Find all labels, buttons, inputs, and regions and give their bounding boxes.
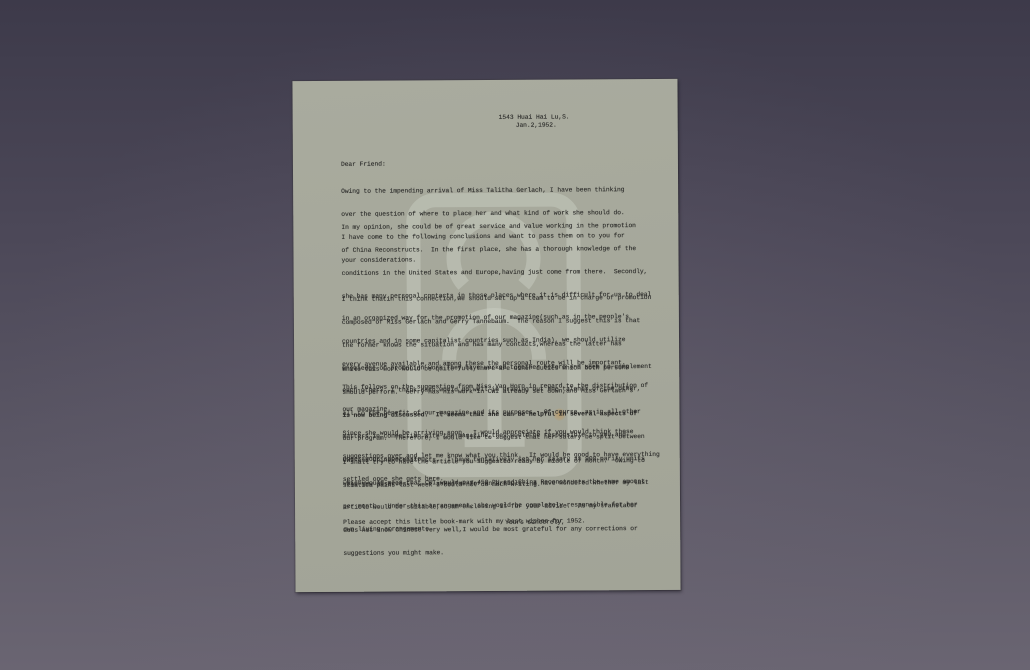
text-line: conditions in the United States and Euro… xyxy=(342,268,672,278)
salutation: Dear Friend: xyxy=(341,161,386,169)
sender-address: 1543 Huai Hai Lu,S. Jan.2,1952. xyxy=(499,113,649,130)
address-line-1: 1543 Huai Hai Lu,S. xyxy=(499,113,570,120)
letter-body: 1543 Huai Hai Lu,S. Jan.2,1952. Dear Fri… xyxy=(340,79,670,81)
text-line: I think thatin this connection,we should… xyxy=(342,294,672,304)
text-line: While this work would be quite full,ther… xyxy=(342,364,672,374)
text-line: The New Observer asked me for an article… xyxy=(343,479,673,489)
text-line: the former knows the situation and has m… xyxy=(342,340,672,350)
letter-sheet: 1543 Huai Hai Lu,S. Jan.2,1952. Dear Fri… xyxy=(292,79,680,592)
closing: Yours sincerely, xyxy=(505,519,565,527)
text-line: Since she would be arriving soon, I woul… xyxy=(343,428,673,438)
text-line: suggestions you might make. xyxy=(343,547,673,557)
text-line: In my opinion, she could be of great ser… xyxy=(341,222,671,232)
text-line: composed of Miss Gerlach and Gerry Tanne… xyxy=(342,317,672,327)
letter-date: Jan.2,1952. xyxy=(499,121,649,130)
text-line: should perform. Gerry has his work in CW… xyxy=(342,387,672,397)
text-line: of China Reconstructs. In the first plac… xyxy=(341,245,671,255)
text-line: Owing to the impending arrival of Miss T… xyxy=(341,186,671,196)
